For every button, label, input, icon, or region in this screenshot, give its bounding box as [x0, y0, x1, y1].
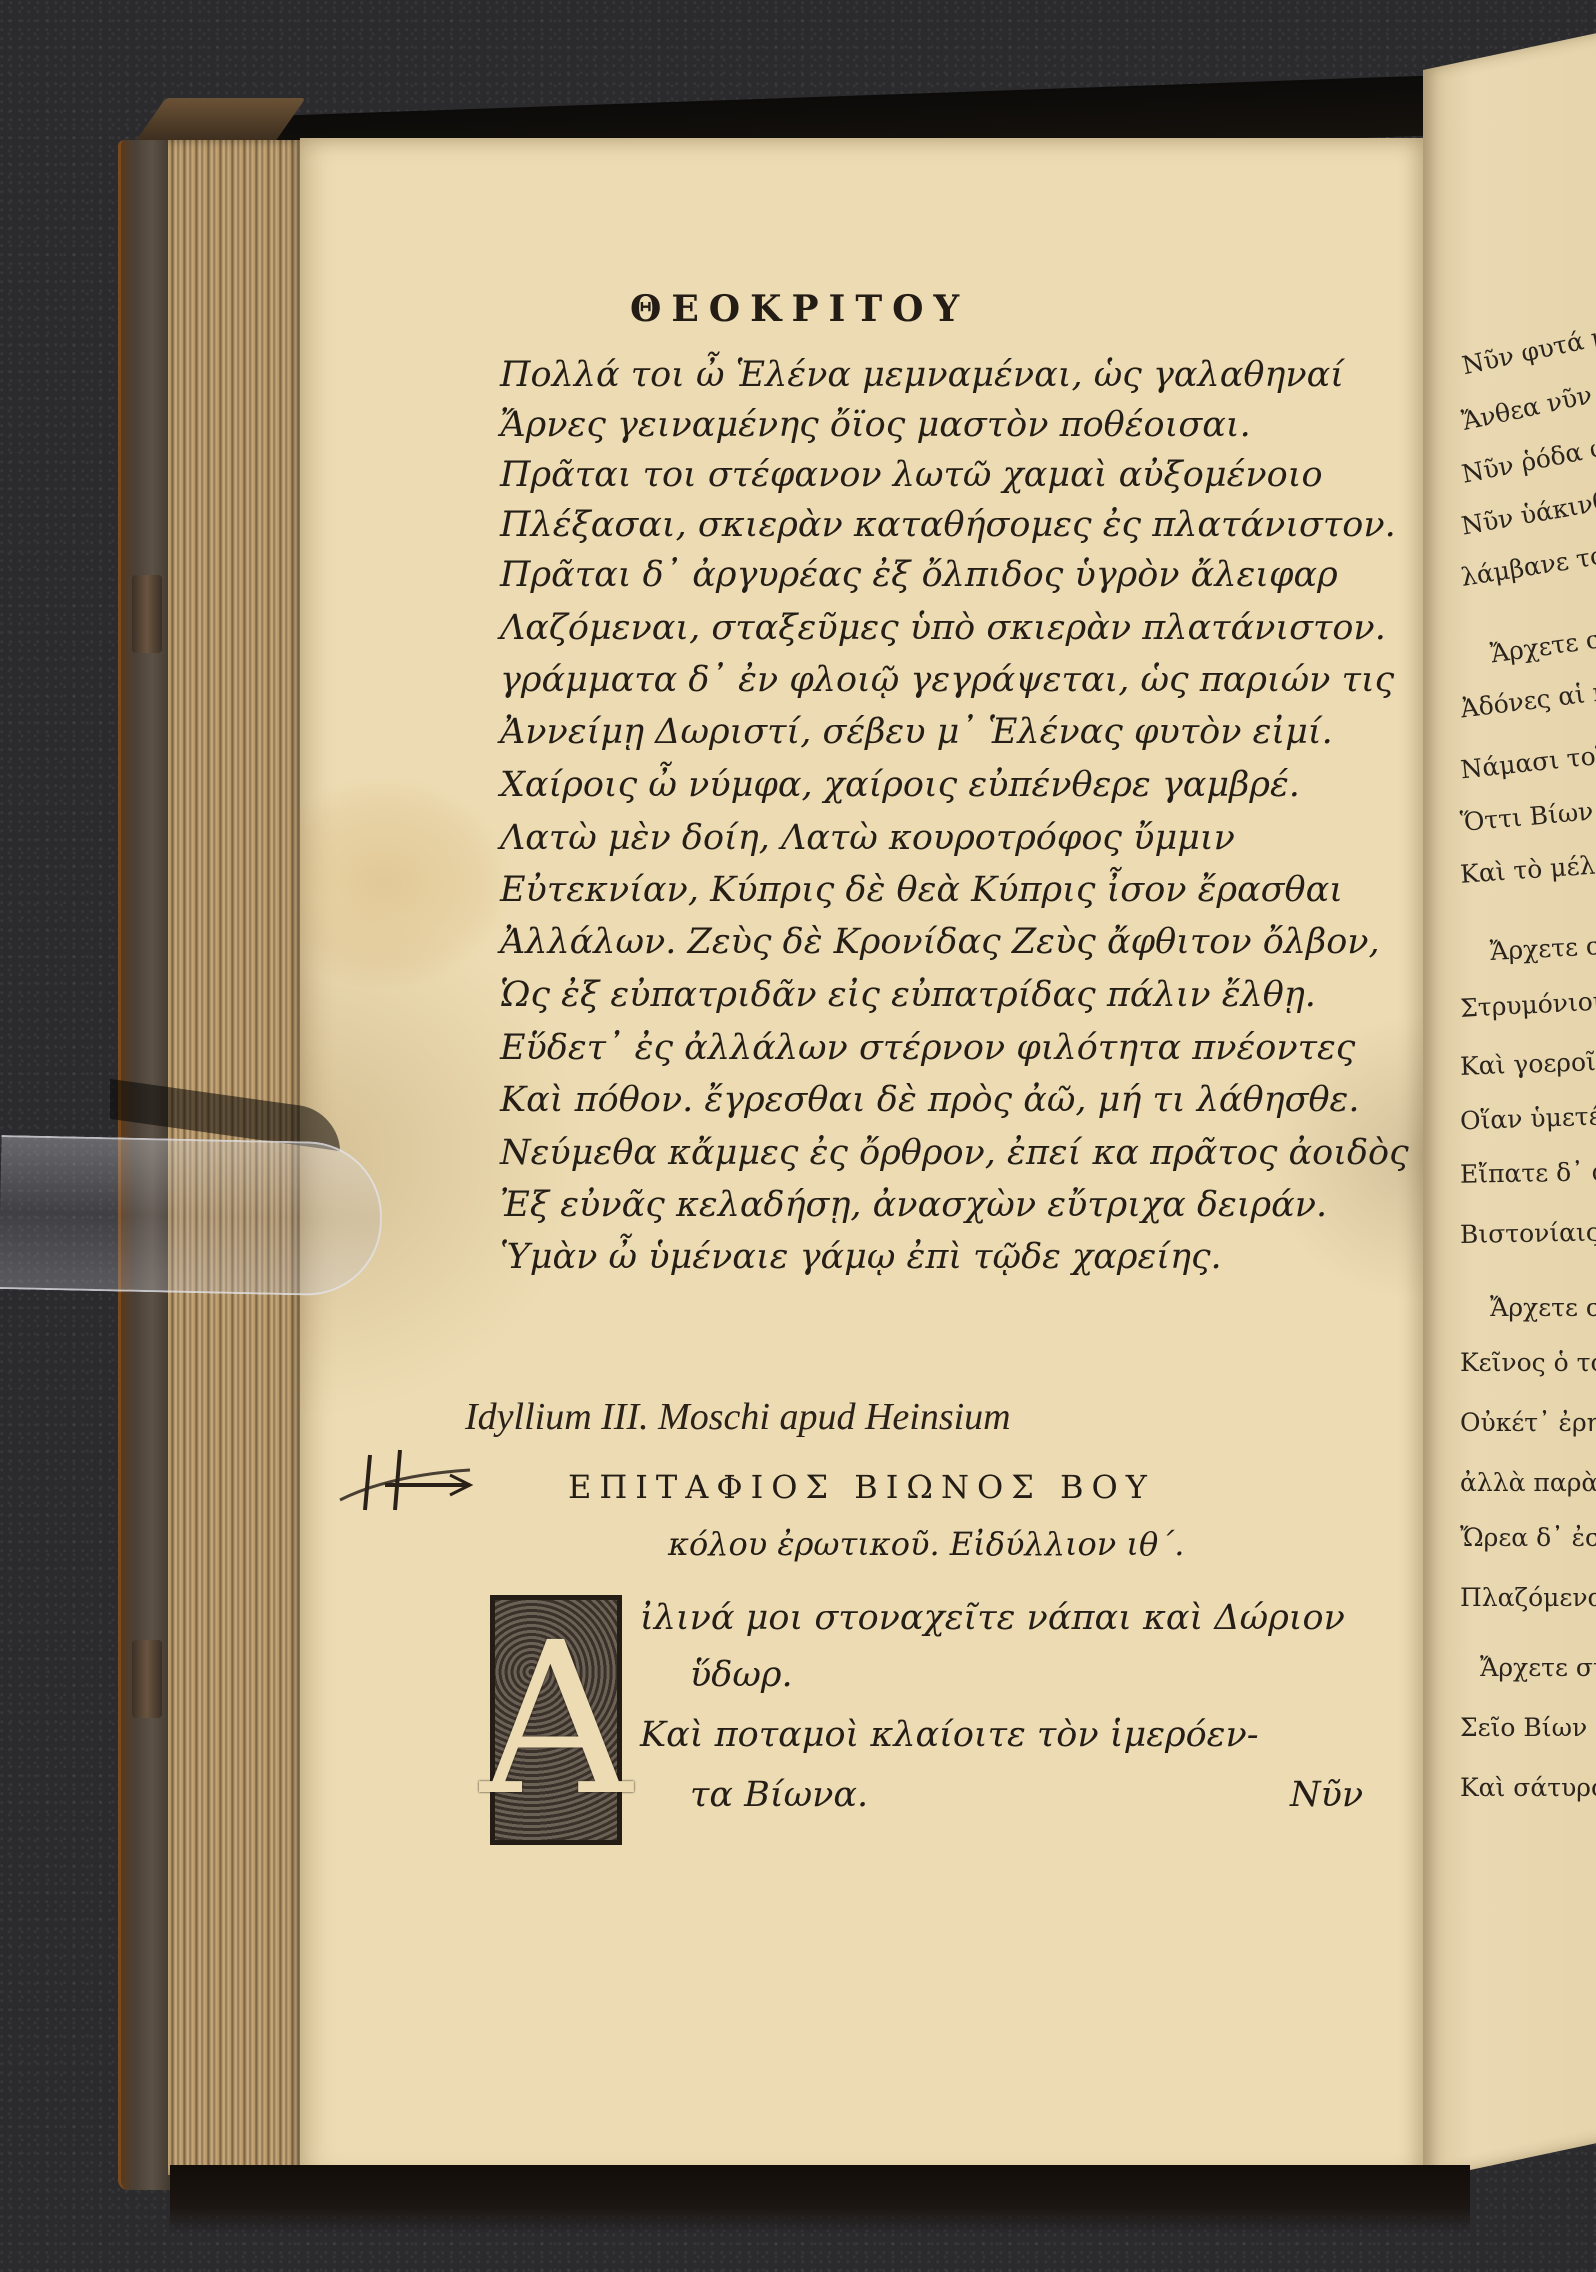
bottom-shadow	[170, 2165, 1470, 2235]
text-line: Εὐτεκνίαν, Κύπρις δὲ θεὰ Κύπρις ἶσον ἔρα…	[500, 870, 1343, 910]
right-line: ἀλλὰ παρὰ πλουτ	[1460, 1470, 1596, 1495]
right-line: Σεῖο Βίων ἔκλαυσε	[1460, 1715, 1596, 1740]
text-line: Ὡς ἐξ εὐπατριδᾶν εἰς εὐπατρίδας πάλιν ἔλ…	[500, 975, 1316, 1015]
section-line: ὕδωρ.	[690, 1655, 793, 1695]
section-heading: ΕΠΙΤΑΦΙΟΣ ΒΙΩΝΟΣ ΒΟΥ	[568, 1468, 1155, 1506]
page-holder-strip	[0, 1135, 384, 1297]
handwritten-annotation: Idyllium III. Moschi apud Heinsium	[465, 1395, 1011, 1439]
catchword: Νῦν	[1290, 1775, 1363, 1815]
text-line: Λατὼ μὲν δοίη, Λατὼ κουροτρόφος ὔμμιν	[500, 818, 1235, 858]
right-line: Καὶ σάτυροι μύρον	[1460, 1775, 1596, 1800]
section-line: Καὶ ποταμοὶ κλαίοιτε τὸν ἱμερόεν-	[640, 1715, 1259, 1755]
section-line: ἰλινά μοι στοναχεῖτε νάπαι καὶ Δώριον	[640, 1598, 1345, 1638]
right-line: Κεῖνος ὁ τοῖς ἀπ	[1460, 1350, 1596, 1375]
text-line: Νεύμεθα κἄμμες ἐς ὄρθρον, ἐπεί κα πρᾶτος…	[500, 1133, 1409, 1173]
text-line: Ἐξ εὐνᾶς κελαδήσῃ, ἀνασχὼν εὔτριχα δειρά…	[500, 1185, 1327, 1225]
right-line: Βιστονίαις νύμφα	[1460, 1218, 1596, 1247]
right-line: Καὶ γοεροῖς στομ	[1460, 1046, 1596, 1079]
text-line: Ἀννείμῃ Δωριστί, σέβευ μ᾽ Ἑλένας φυτὸν ε…	[500, 712, 1333, 752]
text-line: γράμματα δ᾽ ἐν φλοιῷ γεγράψεται, ὡς παρι…	[500, 660, 1394, 700]
right-line: Ἄρχετε σικελ	[1490, 1295, 1596, 1320]
margin-mark-icon	[330, 1445, 480, 1515]
text-line: Πολλά τοι ὦ Ἑλένα μεμναμέναι, ὡς γαλαθην…	[500, 355, 1344, 395]
right-line: Ἄρχετε σικελι	[1480, 1655, 1596, 1680]
decorated-initial: A	[490, 1595, 622, 1845]
right-line: Πλαζόμεναι πα	[1460, 1585, 1596, 1610]
right-line: Ὤρεα δ᾽ ἐστὶν ἄφων	[1460, 1525, 1596, 1550]
text-line: Ὑμὰν ὦ ὑμέναιε γάμῳ ἐπὶ τῷδε χαρείης.	[500, 1237, 1222, 1277]
text-line: Πλέξασαι, σκιερὰν καταθήσομες ἐς πλατάνι…	[500, 505, 1396, 545]
clasp-upper	[132, 575, 162, 653]
right-line: Εἴπατε δ᾽ αὖ κο	[1460, 1158, 1596, 1187]
text-line: Λαζόμεναι, σταξεῦμες ὑπὸ σκιερὰν πλατάνι…	[500, 608, 1386, 648]
clasp-lower	[132, 1640, 162, 1718]
initial-letter: A	[480, 1615, 632, 1825]
text-line: Καὶ πόθον. ἔγρεσθαι δὲ πρὸς ἀῶ, μή τι λά…	[500, 1080, 1359, 1120]
right-line: Ἄρχετε σικε	[1489, 931, 1596, 964]
water-stain	[300, 778, 510, 988]
text-line: Ἀλλάλων. Ζεὺς δὲ Κρονίδας Ζεὺς ἄφθιτον ὄ…	[500, 922, 1380, 962]
text-line: Πρᾶται τοι στέφανον λωτῶ χαμαὶ αὐξομένοι…	[500, 455, 1323, 495]
text-line: Εὕδετ᾽ ἐς ἀλλάλων στέρνον φιλότητα πνέον…	[500, 1028, 1355, 1068]
right-line: Οὐκέτ᾽ ἐρημαίαισι	[1460, 1410, 1596, 1435]
text-line: Πρᾶται δ᾽ ἀργυρέας ἐξ ὄλπιδος ὑγρὸν ἄλει…	[500, 555, 1338, 595]
text-line: Ἄρνες γειναμένης ὄϊος μαστὸν ποθέοισαι.	[500, 405, 1251, 445]
section-subtitle: κόλου ἐρωτικοῦ. Εἰδύλλιον ιθ΄.	[668, 1525, 1184, 1563]
section-line: τα Βίωνα.	[690, 1775, 868, 1815]
text-line: Χαίροις ὦ νύμφα, χαίροις εὐπένθερε γαμβρ…	[500, 765, 1300, 805]
right-line: Οἵαν ὑμετέροις	[1460, 1102, 1596, 1134]
running-head: ΘΕΟΚΡΙΤΟΥ	[630, 288, 969, 330]
